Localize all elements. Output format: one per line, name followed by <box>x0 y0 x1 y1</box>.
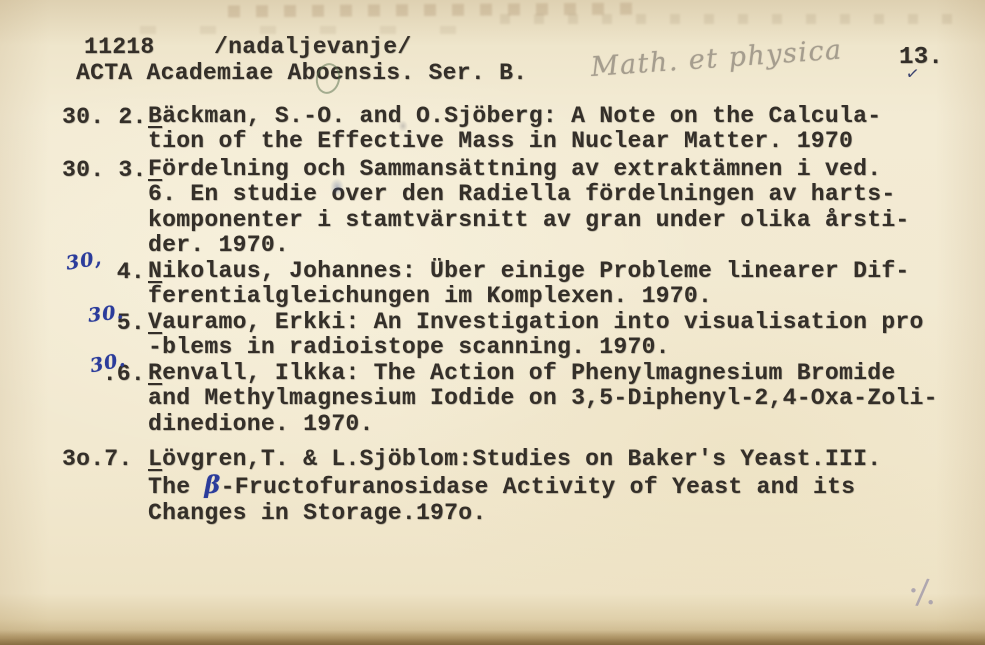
entry-line: komponenter i stamtvärsnitt av gran unde… <box>148 208 910 233</box>
entry-line: Fördelning och Sammansättning av extrakt… <box>148 157 910 182</box>
catalog-card: 11218 /nadaljevanje/ 13. ✓ ACTA Academia… <box>0 0 985 645</box>
entry-line: der. 1970. <box>148 233 910 258</box>
entry-30-5: 5. Vauramo, Erkki: An Investigation into… <box>62 310 924 361</box>
entry-line: Renvall, Ilkka: The Action of Phenylmagn… <box>148 361 938 386</box>
entry-line: The β-Fructofuranosidase Activity of Yea… <box>148 472 881 500</box>
entry-line: Changes in Storage.197o. <box>148 500 881 526</box>
entry-line: ferentialgleichungen im Komplexen. 1970. <box>148 284 910 309</box>
entry-30-2: 30. 2. Bäckman, S.-O. and O.Sjöberg: A N… <box>62 104 881 155</box>
series-title: ACTA Academiae Aboensis. Ser. B. <box>76 60 527 86</box>
entry-line: Nikolaus, Johannes: Über einige Probleme… <box>148 259 910 284</box>
entry-text: Lövgren,T. & L.Sjöblom:Studies on Baker'… <box>148 446 881 526</box>
entry-text: Bäckman, S.-O. and O.Sjöberg: A Note on … <box>148 104 881 155</box>
ghost-top-marks <box>140 26 460 34</box>
corner-pencil-mark: ·/. <box>906 571 937 614</box>
entry-number: 30. 3. <box>62 157 148 183</box>
ghost-top-marks <box>500 14 970 24</box>
entry-30-6: .6. Renvall, Ilkka: The Action of Phenyl… <box>62 361 938 437</box>
card-number: 11218 <box>84 34 155 60</box>
ghost-top-marks <box>228 3 648 18</box>
continuation-note: /nadaljevanje/ <box>214 34 411 60</box>
entry-line-segment: -Fructofuranosidase Activity of Yeast an… <box>221 474 856 500</box>
entry-number: 3o.7. <box>62 446 148 472</box>
entry-30-3: 30. 3. Fördelning och Sammansättning av … <box>62 157 910 259</box>
entry-line: Vauramo, Erkki: An Investigation into vi… <box>148 310 924 335</box>
handwritten-subject-note: Math. et physica <box>590 34 844 83</box>
entry-number: 30. 2. <box>62 104 148 130</box>
entry-line: and Methylmagnesium Iodide on 3,5-Diphen… <box>148 386 938 411</box>
entry-text: Fördelning och Sammansättning av extrakt… <box>148 157 910 259</box>
entry-line: -blems in radioistope scanning. 1970. <box>148 335 924 360</box>
card-bottom-edge <box>0 630 985 645</box>
entry-30-7: 3o.7. Lövgren,T. & L.Sjöblom:Studies on … <box>62 446 881 526</box>
entry-text: Vauramo, Erkki: An Investigation into vi… <box>148 310 924 361</box>
entry-line-segment: The <box>148 474 204 500</box>
entry-line: dinedione. 1970. <box>148 412 938 437</box>
handwritten-margin-number: 30. <box>87 301 125 327</box>
entry-text: Renvall, Ilkka: The Action of Phenylmagn… <box>148 361 938 437</box>
sheet-number: 13. <box>899 44 943 71</box>
entry-line: Bäckman, S.-O. and O.Sjöberg: A Note on … <box>148 104 881 129</box>
entry-30-4: 4. Nikolaus, Johannes: Über einige Probl… <box>62 259 910 310</box>
entry-text: Nikolaus, Johannes: Über einige Probleme… <box>148 259 910 310</box>
entry-line: tion of the Effective Mass in Nuclear Ma… <box>148 129 881 154</box>
checkmark-icon: ✓ <box>905 63 921 84</box>
entry-line: Lövgren,T. & L.Sjöblom:Studies on Baker'… <box>148 446 881 472</box>
entry-line: 6. En studie over den Radiella fördelnin… <box>148 182 910 207</box>
handwritten-beta: β <box>204 470 220 499</box>
